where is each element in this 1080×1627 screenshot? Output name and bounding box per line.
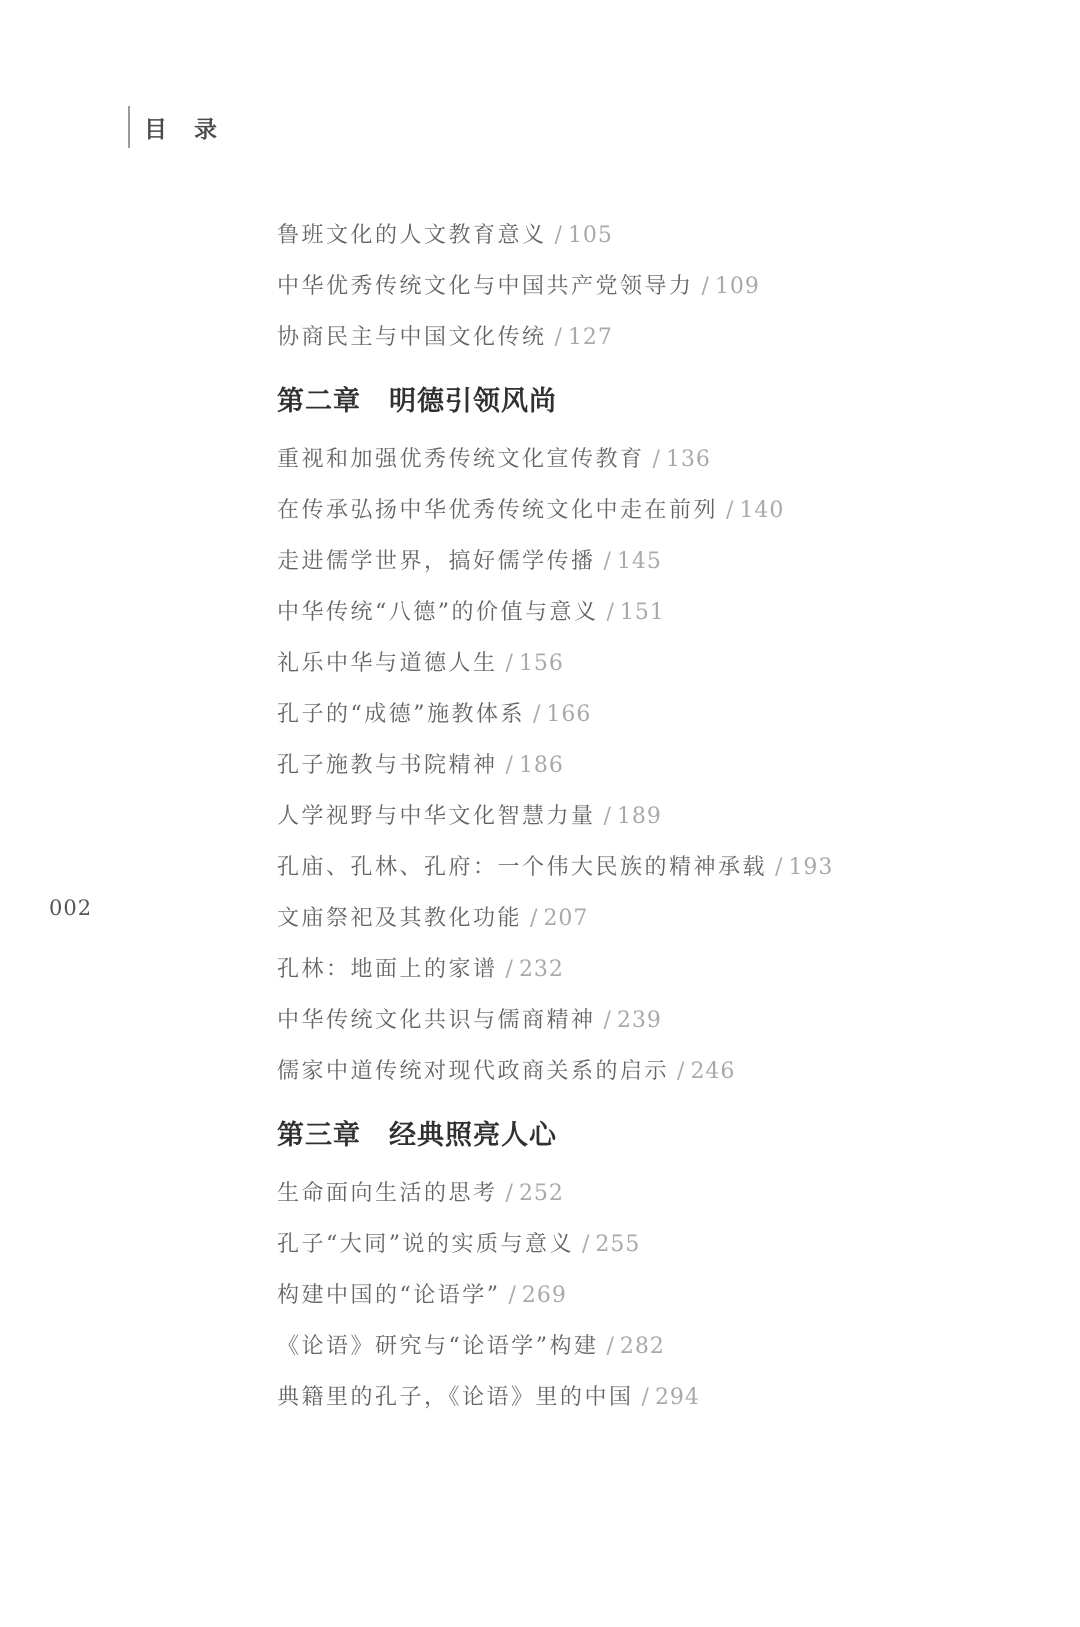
- entry-separator: /: [607, 600, 614, 625]
- entry-title: 人学视野与中华文化智慧力量: [277, 804, 596, 829]
- entry-title: 中华优秀传统文化与中国共产党领导力: [277, 274, 694, 299]
- entry-title: 走进儒学世界，搞好儒学传播: [277, 549, 596, 574]
- toc-entry: 孔子施教与书院精神/186: [277, 752, 957, 780]
- toc-entry: 中华传统“八德”的价值与意义/151: [277, 599, 957, 627]
- entry-title: 《论语》研究与“论语学”构建: [277, 1334, 599, 1359]
- toc-entry: 中华优秀传统文化与中国共产党领导力/109: [277, 273, 957, 301]
- entry-page-number: 145: [617, 549, 662, 574]
- entry-separator: /: [506, 753, 513, 778]
- entry-separator: /: [604, 804, 611, 829]
- toc-entry: 鲁班文化的人文教育意义/105: [277, 222, 957, 250]
- entry-page-number: 156: [519, 651, 564, 676]
- entry-title: 礼乐中华与道德人生: [277, 651, 498, 676]
- toc-entry: 中华传统文化共识与儒商精神/239: [277, 1007, 957, 1035]
- entry-page-number: 166: [546, 702, 591, 727]
- entry-separator: /: [555, 223, 562, 248]
- header-rule: [128, 106, 130, 148]
- entry-page-number: 207: [543, 906, 588, 931]
- entry-separator: /: [506, 1181, 513, 1206]
- entry-separator: /: [530, 906, 537, 931]
- entry-separator: /: [533, 702, 540, 727]
- toc-entry: 生命面向生活的思考/252: [277, 1180, 957, 1208]
- entry-title: 协商民主与中国文化传统: [277, 325, 547, 350]
- entry-title: 中华传统“八德”的价值与意义: [277, 600, 599, 625]
- entry-page-number: 189: [617, 804, 662, 829]
- entry-page-number: 136: [666, 447, 711, 472]
- page-title: 目 录: [144, 111, 219, 144]
- entry-title: 文庙祭祀及其教化功能: [277, 906, 522, 931]
- toc-entry: 文庙祭祀及其教化功能/207: [277, 905, 957, 933]
- entry-title: 重视和加强优秀传统文化宣传教育: [277, 447, 645, 472]
- entry-title: 儒家中道传统对现代政商关系的启示: [277, 1059, 669, 1084]
- entry-separator: /: [775, 855, 782, 880]
- toc-entry: 礼乐中华与道德人生/156: [277, 650, 957, 678]
- chapter-heading: 第二章 明德引领风尚: [277, 384, 957, 420]
- entry-title: 孔林：地面上的家谱: [277, 957, 498, 982]
- entry-title: 鲁班文化的人文教育意义: [277, 223, 547, 248]
- entry-separator: /: [506, 957, 513, 982]
- entry-separator: /: [677, 1059, 684, 1084]
- toc-entry: 孔子的“成德”施教体系/166: [277, 701, 957, 729]
- entry-page-number: 140: [739, 498, 784, 523]
- entry-title: 在传承弘扬中华优秀传统文化中走在前列: [277, 498, 718, 523]
- entry-page-number: 151: [620, 600, 665, 625]
- toc-entry: 协商民主与中国文化传统/127: [277, 324, 957, 352]
- entry-separator: /: [582, 1232, 589, 1257]
- entry-page-number: 109: [715, 274, 760, 299]
- entry-separator: /: [509, 1283, 516, 1308]
- toc-entry: 《论语》研究与“论语学”构建/282: [277, 1333, 957, 1361]
- toc-entry: 儒家中道传统对现代政商关系的启示/246: [277, 1058, 957, 1086]
- entry-separator: /: [642, 1385, 649, 1410]
- entry-title: 典籍里的孔子，《论语》里的中国: [277, 1385, 634, 1410]
- entry-page-number: 127: [568, 325, 613, 350]
- toc-entry: 孔林：地面上的家谱/232: [277, 956, 957, 984]
- entry-page-number: 239: [617, 1008, 662, 1033]
- toc-entry: 在传承弘扬中华优秀传统文化中走在前列/140: [277, 497, 957, 525]
- entry-separator: /: [604, 549, 611, 574]
- page-number: 002: [49, 896, 92, 920]
- entry-page-number: 186: [519, 753, 564, 778]
- entry-title: 中华传统文化共识与儒商精神: [277, 1008, 596, 1033]
- toc-entry: 构建中国的“论语学”/269: [277, 1282, 957, 1310]
- entry-page-number: 246: [690, 1059, 735, 1084]
- toc-page: 目 录 002 鲁班文化的人文教育意义/105中华优秀传统文化与中国共产党领导力…: [0, 0, 1080, 1627]
- entry-separator: /: [702, 274, 709, 299]
- entry-page-number: 294: [655, 1385, 700, 1410]
- entry-title: 孔子施教与书院精神: [277, 753, 498, 778]
- entry-separator: /: [607, 1334, 614, 1359]
- toc-entry: 重视和加强优秀传统文化宣传教育/136: [277, 446, 957, 474]
- entry-page-number: 193: [788, 855, 833, 880]
- toc-entry: 孔庙、孔林、孔府：一个伟大民族的精神承载/193: [277, 854, 957, 882]
- entry-page-number: 282: [620, 1334, 665, 1359]
- toc-entry: 走进儒学世界，搞好儒学传播/145: [277, 548, 957, 576]
- entry-page-number: 255: [595, 1232, 640, 1257]
- entry-title: 孔庙、孔林、孔府：一个伟大民族的精神承载: [277, 855, 767, 880]
- entry-page-number: 105: [568, 223, 613, 248]
- entry-page-number: 232: [519, 957, 564, 982]
- toc-entry: 孔子“大同”说的实质与意义/255: [277, 1231, 957, 1259]
- entry-title: 构建中国的“论语学”: [277, 1283, 501, 1308]
- entry-separator: /: [506, 651, 513, 676]
- page-header: 目 录: [128, 106, 219, 148]
- chapter-heading: 第三章 经典照亮人心: [277, 1118, 957, 1154]
- entry-separator: /: [726, 498, 733, 523]
- entry-title: 孔子“大同”说的实质与意义: [277, 1232, 574, 1257]
- entry-separator: /: [653, 447, 660, 472]
- entry-title: 孔子的“成德”施教体系: [277, 702, 525, 727]
- entry-page-number: 269: [522, 1283, 567, 1308]
- entry-separator: /: [604, 1008, 611, 1033]
- entry-separator: /: [555, 325, 562, 350]
- toc-entry: 典籍里的孔子，《论语》里的中国/294: [277, 1384, 957, 1412]
- toc-list: 鲁班文化的人文教育意义/105中华优秀传统文化与中国共产党领导力/109协商民主…: [277, 222, 957, 1435]
- entry-title: 生命面向生活的思考: [277, 1181, 498, 1206]
- entry-page-number: 252: [519, 1181, 564, 1206]
- toc-entry: 人学视野与中华文化智慧力量/189: [277, 803, 957, 831]
